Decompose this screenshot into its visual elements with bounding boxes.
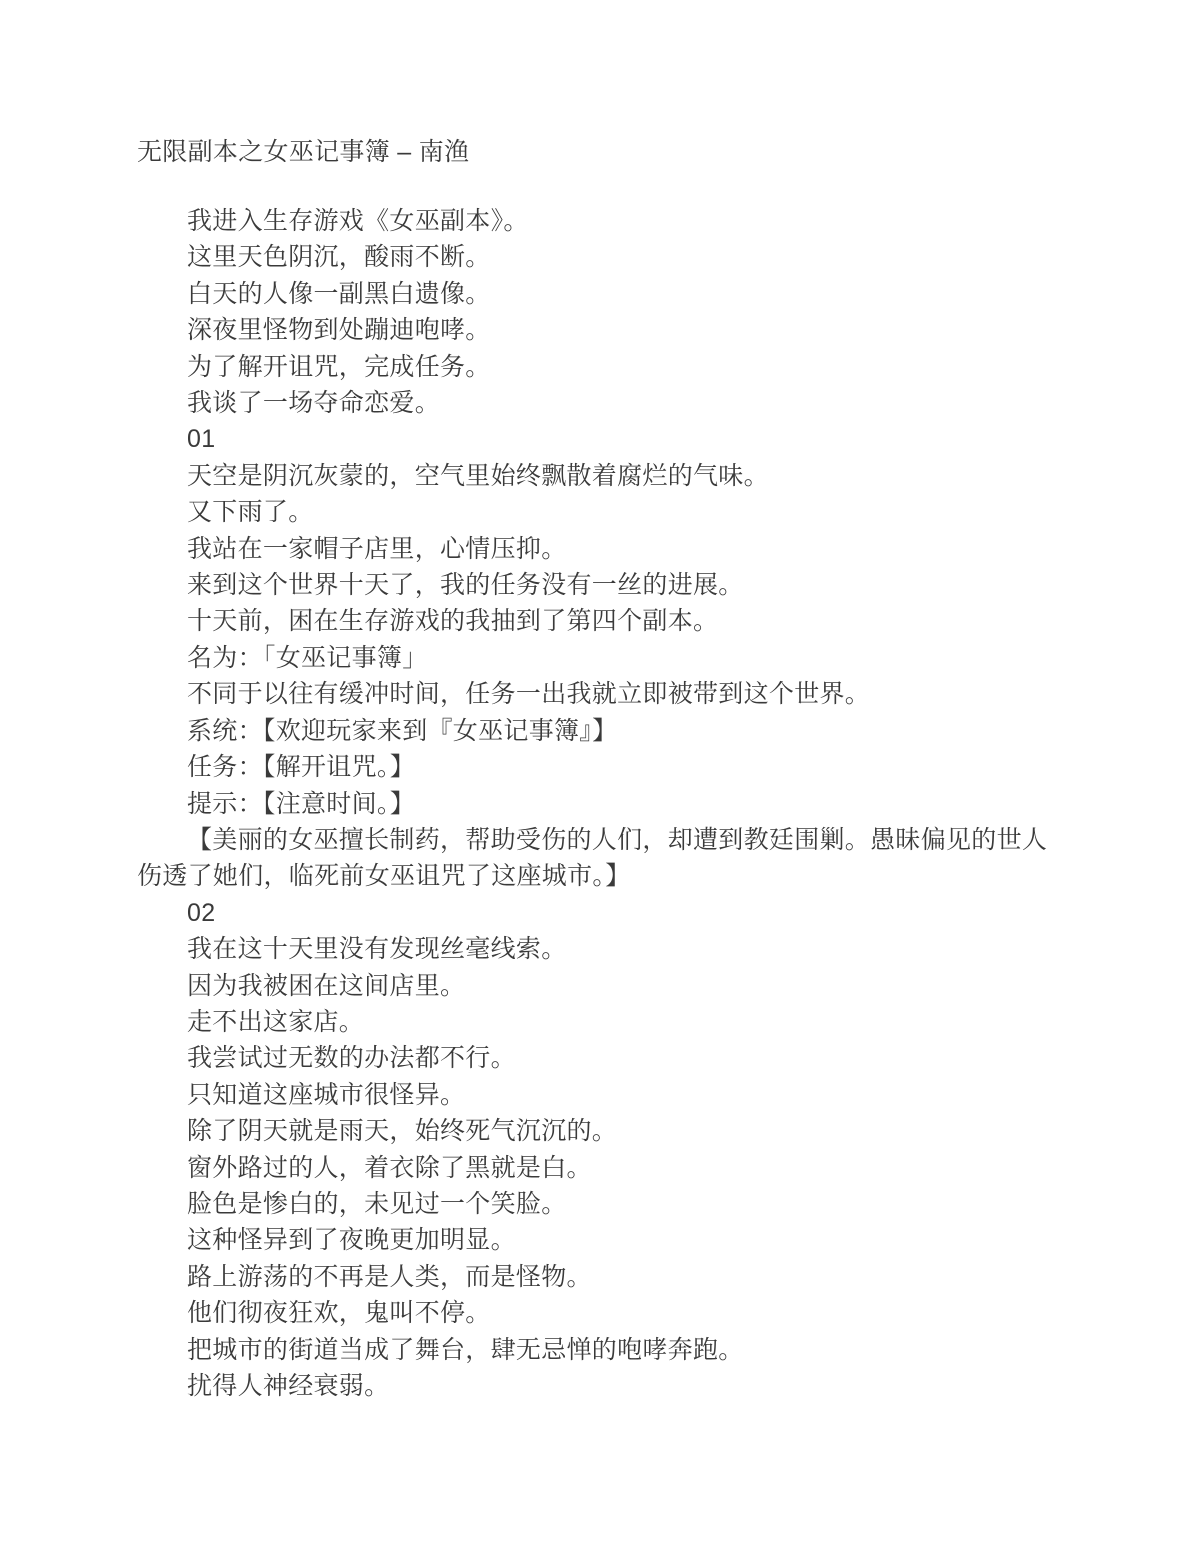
story-paragraph: 提示：【注意时间。】 (137, 786, 1063, 822)
story-paragraph: 我站在一家帽子店里，心情压抑。 (137, 531, 1063, 567)
story-paragraph: 名为：「女巫记事簿」 (137, 640, 1063, 676)
story-paragraph: 白天的人像一副黑白遗像。 (137, 276, 1063, 312)
story-paragraph: 任务：【解开诅咒。】 (137, 749, 1063, 785)
story-paragraph: 我进入生存游戏《女巫副本》。 (137, 203, 1063, 239)
story-paragraph: 不同于以往有缓冲时间，任务一出我就立即被带到这个世界。 (137, 676, 1063, 712)
story-paragraph: 这种怪异到了夜晚更加明显。 (137, 1222, 1063, 1258)
story-paragraph: 十天前，困在生存游戏的我抽到了第四个副本。 (137, 603, 1063, 639)
story-paragraph: 我谈了一场夺命恋爱。 (137, 385, 1063, 421)
page: { "theme": { "background": "#ffffff", "t… (0, 0, 1200, 1553)
story-paragraph: 他们彻夜狂欢，鬼叫不停。 (137, 1295, 1063, 1331)
story-paragraph: 窗外路过的人，着衣除了黑就是白。 (137, 1150, 1063, 1186)
story-paragraph: 脸色是惨白的，未见过一个笑脸。 (137, 1186, 1063, 1222)
document-title: 无限副本之女巫记事簿 – 南渔 (137, 134, 1063, 171)
story-paragraph: 又下雨了。 (137, 494, 1063, 530)
document: 无限副本之女巫记事簿 – 南渔 我进入生存游戏《女巫副本》。 这里天色阴沉，酸雨… (0, 0, 1200, 1404)
story-paragraph: 系统：【欢迎玩家来到『女巫记事簿』】 (137, 713, 1063, 749)
story-paragraph: 这里天色阴沉，酸雨不断。 (137, 239, 1063, 275)
story-paragraph: 我在这十天里没有发现丝毫线索。 (137, 931, 1063, 967)
story-paragraph: 扰得人神经衰弱。 (137, 1368, 1063, 1404)
story-section-number: 02 (137, 895, 1063, 931)
story-paragraph: 除了阴天就是雨天，始终死气沉沉的。 (137, 1113, 1063, 1149)
story-paragraph: 只知道这座城市很怪异。 (137, 1077, 1063, 1113)
story-paragraph: 走不出这家店。 (137, 1004, 1063, 1040)
story-paragraph: 天空是阴沉灰蒙的，空气里始终飘散着腐烂的气味。 (137, 458, 1063, 494)
story-paragraph: 路上游荡的不再是人类，而是怪物。 (137, 1259, 1063, 1295)
story-paragraph: 【美丽的女巫擅长制药，帮助受伤的人们，却遭到教廷围剿。愚昧偏见的世人伤透了她们，… (137, 822, 1063, 895)
story-paragraph: 把城市的街道当成了舞台，肆无忌惮的咆哮奔跑。 (137, 1332, 1063, 1368)
story-section-number: 01 (137, 421, 1063, 457)
story-paragraph: 为了解开诅咒，完成任务。 (137, 349, 1063, 385)
story-paragraph: 因为我被困在这间店里。 (137, 968, 1063, 1004)
story-paragraph: 我尝试过无数的办法都不行。 (137, 1040, 1063, 1076)
story-paragraph: 来到这个世界十天了，我的任务没有一丝的进展。 (137, 567, 1063, 603)
story-paragraph: 深夜里怪物到处蹦迪咆哮。 (137, 312, 1063, 348)
story-body: 我进入生存游戏《女巫副本》。 这里天色阴沉，酸雨不断。 白天的人像一副黑白遗像。… (137, 203, 1063, 1404)
